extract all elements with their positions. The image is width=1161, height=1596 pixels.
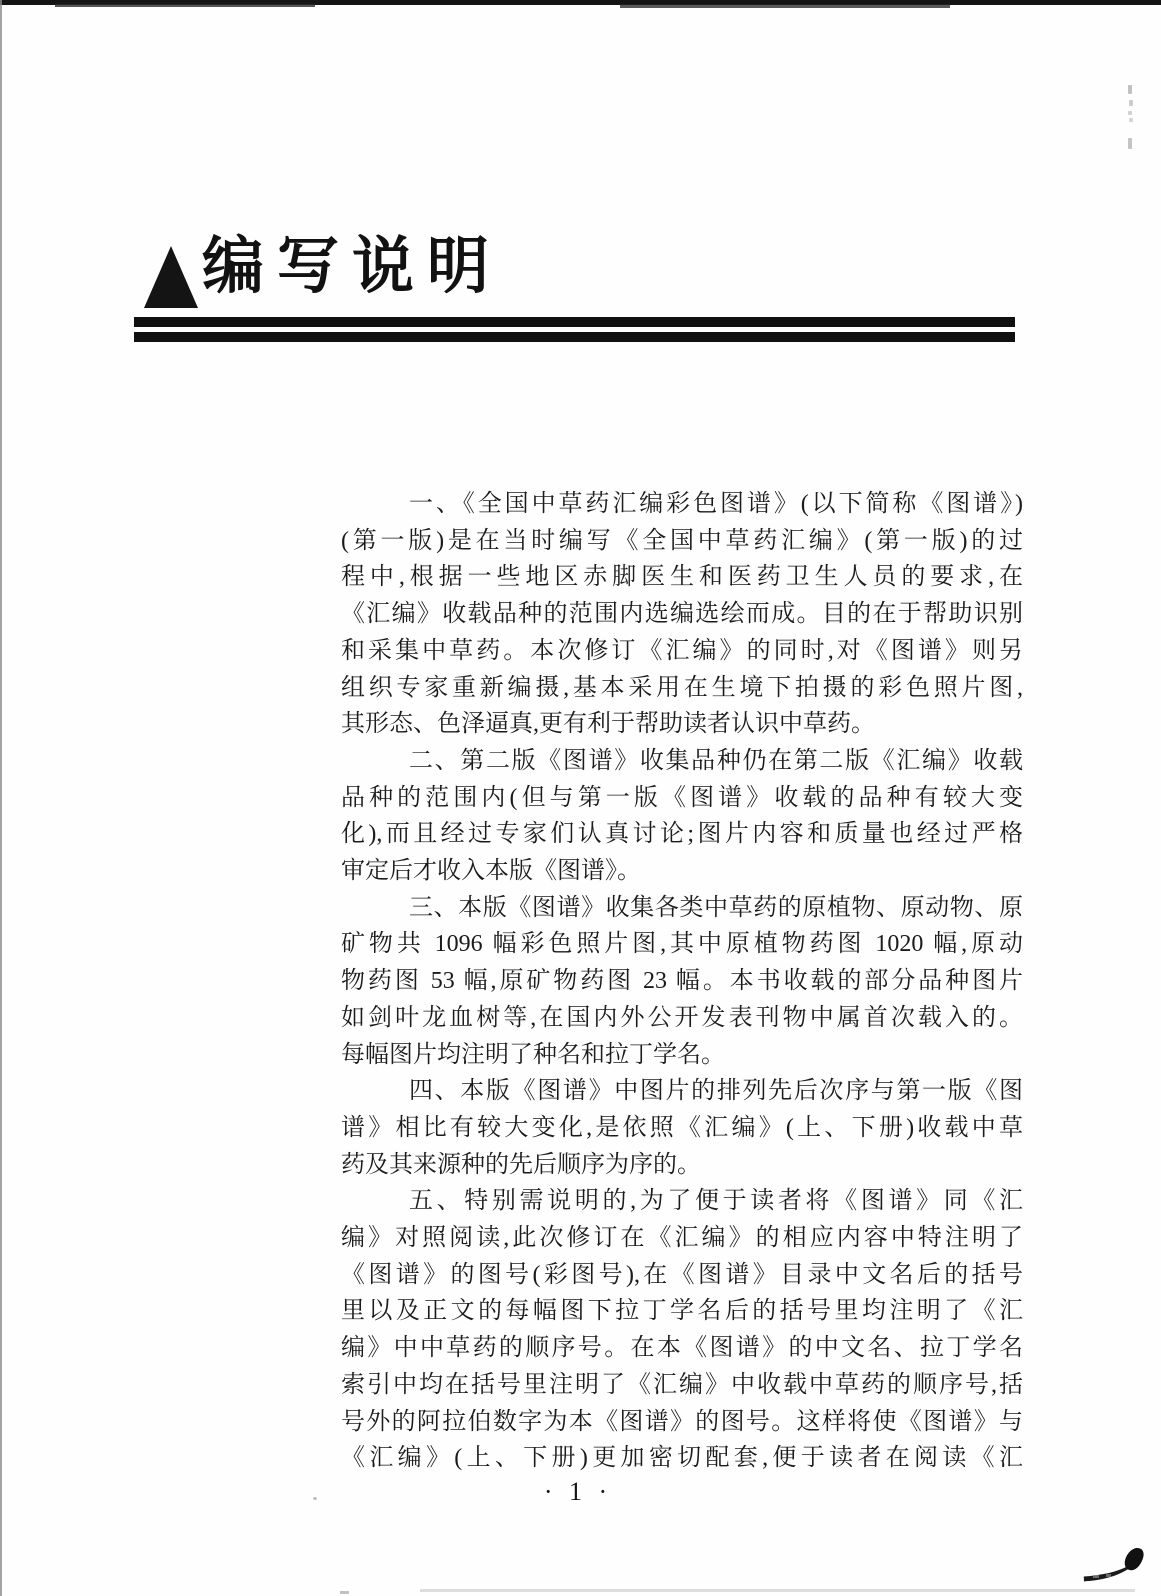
scan-margin-mark: [1129, 118, 1133, 122]
text-line: 每幅图片均注明了种名和拉丁学名。: [341, 1037, 1023, 1074]
text-line: 《汇编》收载品种的范围内选编选绘而成。目的在于帮助识别: [341, 596, 1023, 633]
scan-speck: [340, 1591, 349, 1594]
text-line: 二、第二版《图谱》收集品种仍在第二版《汇编》收载: [341, 743, 1023, 780]
page-number: · 1 ·: [498, 1477, 658, 1507]
text-line: 物药图 53 幅,原矿物药图 23 幅。本书收载的部分品种图片: [341, 963, 1023, 1000]
text-line: 程中,根据一些地区赤脚医生和医药卫生人员的要求,在: [341, 559, 1023, 596]
paragraph-3: 三、本版《图谱》收集各类中草药的原植物、原动物、原 矿物共 1096 幅彩色照片…: [341, 890, 1023, 1074]
title-divider-bottom: [134, 332, 1015, 342]
scan-edge-top-smudge: [55, 4, 315, 7]
text-line: 矿物共 1096 幅彩色照片图,其中原植物药图 1020 幅,原动: [341, 926, 1023, 963]
text-line: 谱》相比有较大变化,是依照《汇编》(上、下册)收载中草: [341, 1110, 1023, 1147]
text-line: 品种的范围内(但与第一版《图谱》收载的品种有较大变: [341, 780, 1023, 817]
text-line: 药及其来源种的先后顺序为序的。: [341, 1147, 1023, 1184]
scan-edge-top-smudge: [620, 4, 950, 8]
text-line: 《汇编》(上、下册)更加密切配套,便于读者在阅读《汇: [341, 1440, 1023, 1477]
scan-edge-left: [0, 0, 2, 1596]
paragraph-2: 二、第二版《图谱》收集品种仍在第二版《汇编》收载 品种的范围内(但与第一版《图谱…: [341, 743, 1023, 890]
text-line: 索引中均在括号里注明了《汇编》中收载中草药的顺序号,括: [341, 1367, 1023, 1404]
title-divider-top: [134, 317, 1015, 327]
document-body: 一、《全国中草药汇编彩色图谱》(以下简称《图谱》) (第一版)是在当时编写《全国…: [341, 486, 1023, 1477]
scan-speck: [1093, 1575, 1099, 1578]
scan-margin-mark: [1128, 111, 1132, 115]
page-title: 编写说明: [202, 231, 502, 303]
scanned-book-page: 编写说明 一、《全国中草药汇编彩色图谱》(以下简称《图谱》) (第一版)是在当时…: [0, 0, 1161, 1596]
text-line: 四、本版《图谱》中图片的排列先后次序与第一版《图: [341, 1073, 1023, 1110]
text-line: 其形态、色泽逼真,更有利于帮助读者认识中草药。: [341, 706, 1023, 743]
text-line: 《图谱》的图号(彩图号),在《图谱》目录中文名后的括号: [341, 1257, 1023, 1294]
text-line: 三、本版《图谱》收集各类中草药的原植物、原动物、原: [341, 890, 1023, 927]
text-line: 号外的阿拉伯数字为本《图谱》的图号。这样将使《图谱》与: [341, 1404, 1023, 1441]
scan-edge-bottom-streak: [420, 1589, 1135, 1592]
scan-margin-mark: [1129, 100, 1133, 106]
text-line: 组织专家重新编摄,基本采用在生境下拍摄的彩色照片图,: [341, 670, 1023, 707]
text-line: 审定后才收入本版《图谱》。: [341, 853, 1023, 890]
text-line: 如剑叶龙血树等,在国内外公开发表刊物中属首次载入的。: [341, 1000, 1023, 1037]
text-line: 一、《全国中草药汇编彩色图谱》(以下简称《图谱》): [341, 486, 1023, 523]
text-line: 编》对照阅读,此次修订在《汇编》的相应内容中特注明了: [341, 1220, 1023, 1257]
scan-margin-mark: [1128, 138, 1132, 149]
paragraph-4: 四、本版《图谱》中图片的排列先后次序与第一版《图 谱》相比有较大变化,是依照《汇…: [341, 1073, 1023, 1183]
scan-speck: [1106, 1574, 1111, 1577]
text-line: 五、特别需说明的,为了便于读者将《图谱》同《汇: [341, 1183, 1023, 1220]
triangle-marker-icon: [144, 246, 198, 308]
text-line: 和采集中草药。本次修订《汇编》的同时,对《图谱》则另: [341, 633, 1023, 670]
text-line: 编》中中草药的顺序号。在本《图谱》的中文名、拉丁学名: [341, 1330, 1023, 1367]
paragraph-5: 五、特别需说明的,为了便于读者将《图谱》同《汇 编》对照阅读,此次修订在《汇编》…: [341, 1183, 1023, 1477]
paragraph-1: 一、《全国中草药汇编彩色图谱》(以下简称《图谱》) (第一版)是在当时编写《全国…: [341, 486, 1023, 743]
text-line: 化),而且经过专家们认真讨论;图片内容和质量也经过严格: [341, 816, 1023, 853]
scan-margin-mark: [1128, 85, 1132, 94]
text-line: 里以及正文的每幅图下拉丁学名后的括号里均注明了《汇: [341, 1293, 1023, 1330]
scan-speck: [313, 1497, 317, 1500]
text-line: (第一版)是在当时编写《全国中草药汇编》(第一版)的过: [341, 523, 1023, 560]
